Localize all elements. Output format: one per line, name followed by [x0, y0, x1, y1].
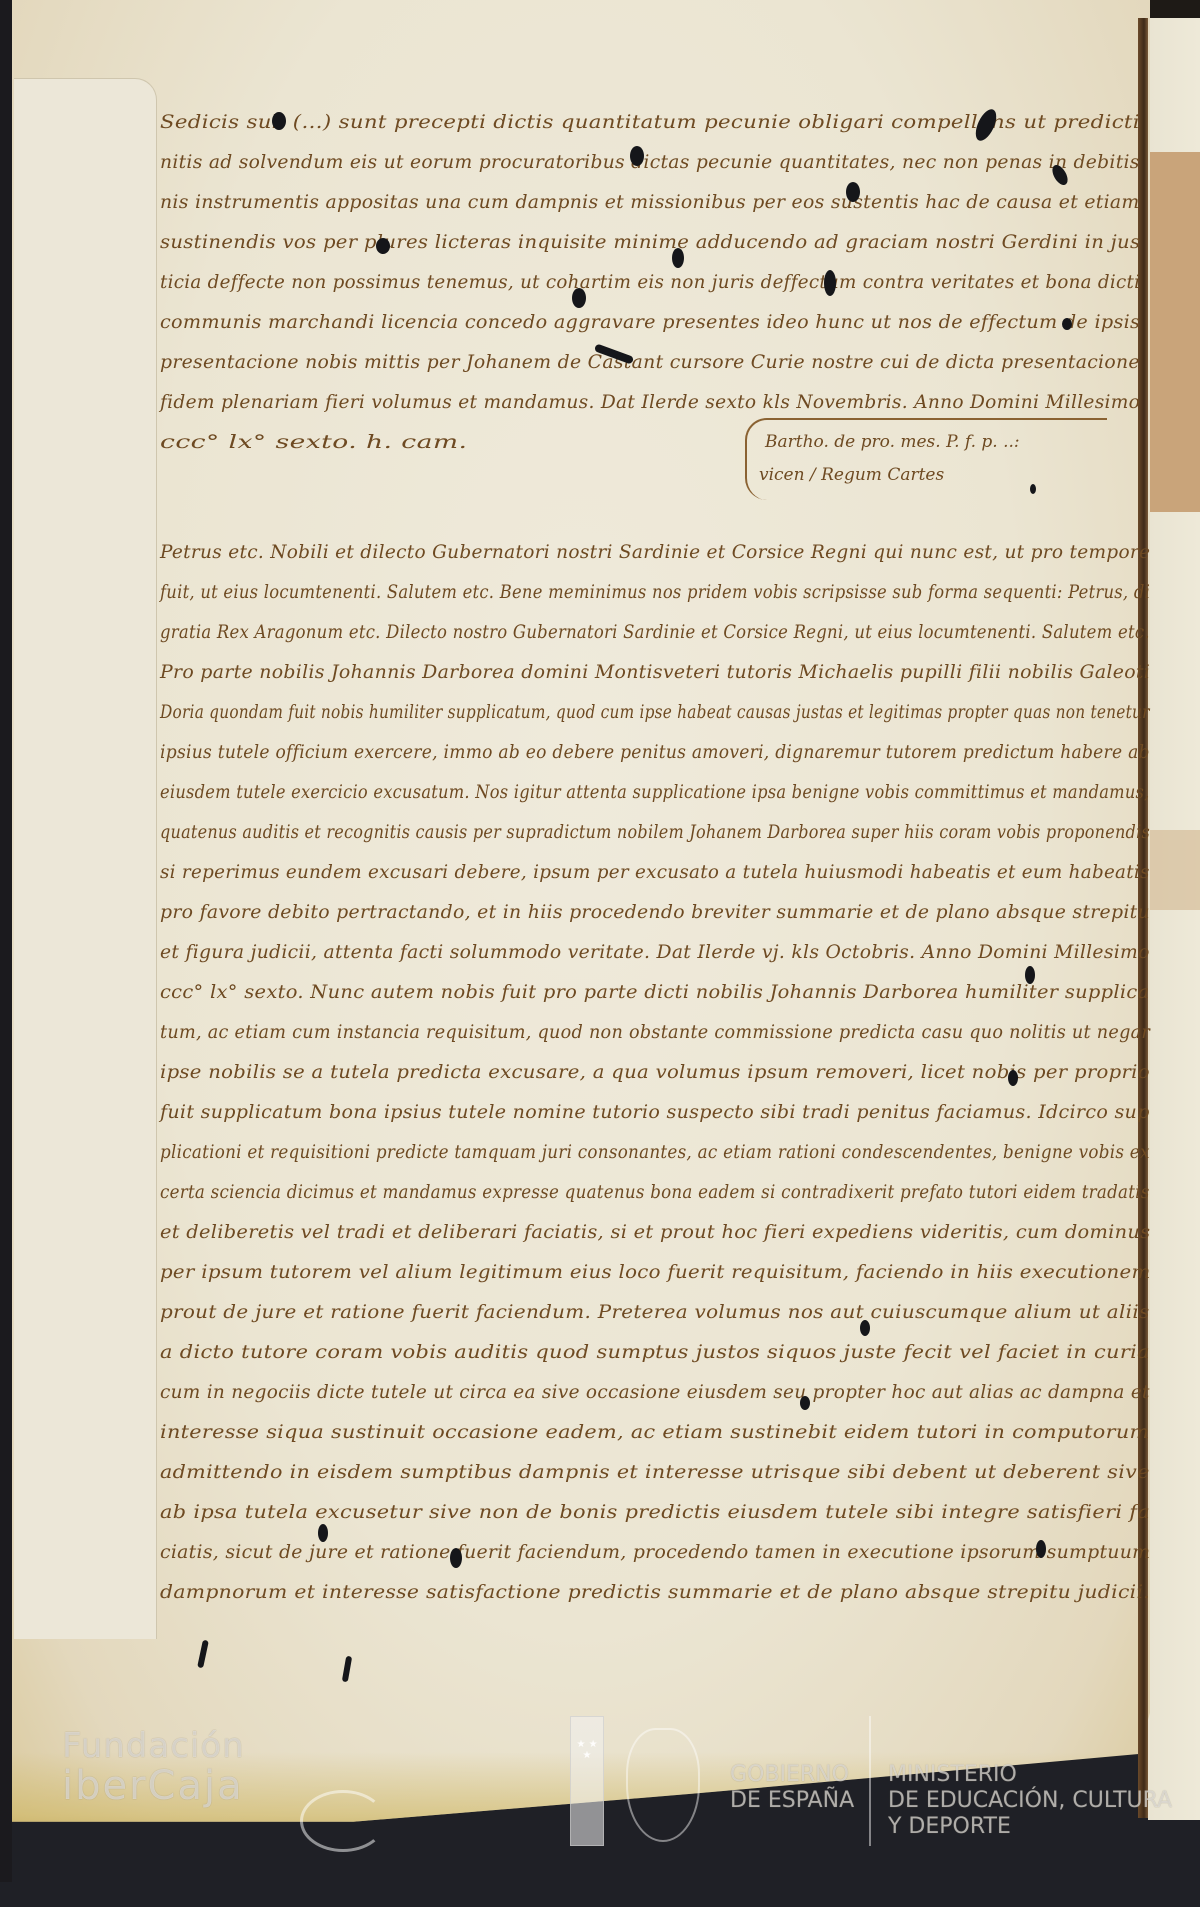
text-block-lower: Petrus etc. Nobili et dilecto Gubernator… [160, 540, 1150, 1640]
ministerio-watermark: MINISTERIO DE EDUCACIÓN, CULTURA Y DEPOR… [888, 1762, 1172, 1840]
manuscript-line: ipse nobilis se a tutela predicta excusa… [160, 1060, 1150, 1084]
ink-blot [318, 1524, 328, 1542]
manuscript-line: eiusdem tutele exercicio excusatum. Nos … [160, 780, 1150, 804]
manuscript-line: certa sciencia dicimus et mandamus expre… [160, 1180, 1150, 1204]
repair-slip [14, 78, 157, 1639]
manuscript-line: interesse siqua sustinuit occasione eade… [160, 1420, 1150, 1444]
manuscript-line: gratia Rex Aragonum etc. Dilecto nostro … [160, 620, 1150, 644]
manuscript-line: ccc° lx° sexto. Nunc autem nobis fuit pr… [160, 980, 1149, 1004]
ink-blot [860, 1320, 870, 1336]
manuscript-line: pro favore debito pertractando, et in hi… [160, 900, 1150, 924]
ink-blot [672, 248, 684, 268]
manuscript-line: ticia deffecte non possimus tenemus, ut … [160, 270, 1140, 294]
manuscript-line: communis marchandi licencia concedo aggr… [160, 310, 1140, 334]
left-shadow [0, 0, 12, 1882]
manuscript-line: dampnorum et interesse satisfactione pre… [160, 1580, 1150, 1604]
ink-blot [846, 182, 860, 202]
ibercaja-logo-icon [300, 1790, 386, 1852]
gobierno-watermark: GOBIERNO DE ESPAÑA [730, 1762, 854, 1814]
manuscript-line: per ipsum tutorem vel alium legitimum ei… [160, 1260, 1151, 1284]
ink-blot [1008, 1070, 1018, 1086]
ink-blot [1025, 966, 1035, 984]
ink-blot [824, 270, 836, 296]
watermark-text: DE ESPAÑA [730, 1788, 854, 1814]
manuscript-line: a dicto tutore coram vobis auditis quod … [160, 1340, 1150, 1364]
manuscript-line: cum in negociis dicte tutele ut circa ea… [160, 1380, 1150, 1404]
manuscript-line: prout de jure et ratione fuerit faciendu… [160, 1300, 1150, 1324]
adjacent-page-stain-lower [1148, 830, 1200, 910]
watermark-text: GOBIERNO [730, 1762, 854, 1788]
manuscript-line: fuit, ut eius locumtenenti. Salutem etc.… [160, 580, 1150, 604]
spain-flag-icon: ★ ★ ★ [570, 1716, 604, 1846]
manuscript-line: tum, ac etiam cum instancia requisitum, … [160, 1020, 1150, 1044]
adjacent-page-stain [1148, 152, 1200, 512]
manuscript-line: quatenus auditis et recognitis causis pe… [160, 820, 1150, 844]
signature-line-1: Bartho. de pro. mes. P. f. p. ..: [765, 432, 1020, 452]
ink-blot [630, 146, 644, 166]
adjacent-page-edge [1148, 0, 1200, 1820]
manuscript-line: si reperimus eundem excusari debere, ips… [160, 860, 1150, 884]
ink-blot [376, 238, 390, 254]
fundacion-ibercaja-watermark: Fundación iberCaja [62, 1728, 245, 1804]
manuscript-line: nitis ad solvendum eis ut eorum procurat… [160, 150, 1140, 174]
manuscript-line: ciatis, sicut de jure et ratione fuerit … [160, 1540, 1150, 1564]
manuscript-line: fuit supplicatum bona ipsius tutele nomi… [160, 1100, 1150, 1124]
manuscript-line: plicationi et requisitioni predicte tamq… [160, 1140, 1150, 1164]
manuscript-line: ab ipsa tutela excusetur sive non de bon… [160, 1500, 1150, 1524]
manuscript-line: fidem plenariam fieri volumus et mandamu… [160, 390, 1140, 414]
watermark-text: Fundación [62, 1726, 245, 1766]
watermark-divider [869, 1716, 871, 1846]
manuscript-line: ccc° lx° sexto. h. cam. [160, 430, 467, 454]
ink-blot [1030, 484, 1036, 494]
manuscript-line: ipsius tutele officium exercere, immo ab… [160, 740, 1150, 764]
watermark-text: DE EDUCACIÓN, CULTURA [888, 1788, 1172, 1814]
ink-blot [800, 1396, 810, 1410]
ink-blot [572, 288, 586, 308]
text-block-upper: Sedicis sub (…) sunt precepti dictis qua… [160, 110, 1140, 440]
ink-blot [450, 1548, 462, 1568]
manuscript-line: nis instrumentis appositas una cum dampn… [160, 190, 1140, 214]
ink-blot [272, 112, 286, 130]
manuscript-line: et deliberetis vel tradi et deliberari f… [160, 1220, 1150, 1244]
manuscript-line: sustinendis vos per plures licteras inqu… [160, 230, 1140, 254]
manuscript-line: Petrus etc. Nobili et dilecto Gubernator… [160, 540, 1150, 564]
watermark-text: Y DEPORTE [888, 1814, 1172, 1840]
ink-blot [1036, 1540, 1046, 1558]
watermark-text: iberCaja [62, 1768, 245, 1804]
manuscript-line: Pro parte nobilis Johannis Darborea domi… [160, 660, 1150, 684]
manuscript-line: admittendo in eisdem sumptibus dampnis e… [160, 1460, 1150, 1484]
manuscript-line: presentacione nobis mittis per Johanem d… [160, 350, 1140, 374]
stars-icon: ★ ★ ★ [571, 1739, 603, 1761]
signature-line-2: vicen / Regum Cartes [759, 465, 944, 485]
coat-of-arms-icon [626, 1728, 700, 1842]
scribe-signature: Bartho. de pro. mes. P. f. p. ..: vicen … [745, 418, 1107, 500]
watermark-text: MINISTERIO [888, 1762, 1172, 1788]
manuscript-line: et figura judicii, attenta facti solummo… [160, 940, 1150, 964]
ink-blot [1062, 318, 1072, 330]
manuscript-line: Doria quondam fuit nobis humiliter suppl… [160, 700, 1150, 724]
